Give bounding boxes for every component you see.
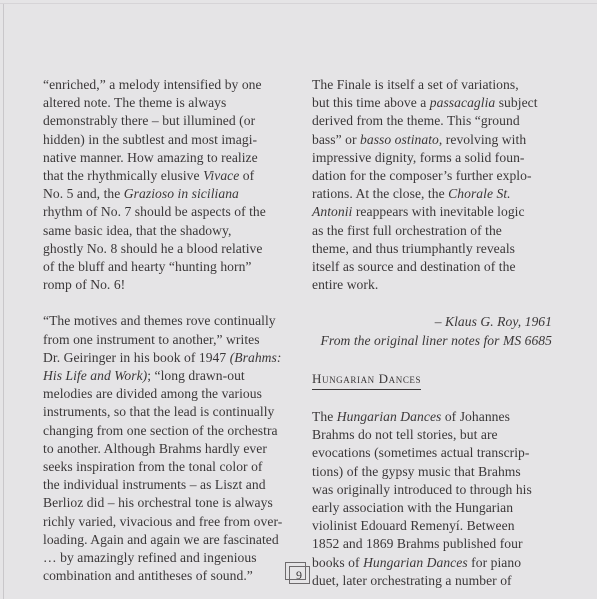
text-line: duet, later orchestrating a number of (312, 572, 574, 590)
text-line: itself as source and destination of the (312, 258, 574, 276)
page-number: 9 (296, 568, 302, 582)
paragraph-variations-ideas: “enriched,” a melody intensified by onea… (43, 76, 305, 294)
text-line: richly varied, vivacious and free from o… (43, 513, 305, 531)
text-line: melodies are divided among the various (43, 385, 305, 403)
right-column: The Finale is itself a set of variations… (312, 76, 574, 590)
text-line: … by amazingly refined and ingenious (43, 549, 305, 567)
text-line: demonstrably there – but illumined (or (43, 112, 305, 130)
text-line: No. 5 and, the Grazioso in siciliana (43, 185, 305, 203)
section-heading-hungarian-dances: Hungarian Dances (312, 370, 421, 390)
text-line: The Finale is itself a set of variations… (312, 76, 574, 94)
text-line: bass” or basso ostinato, revolving with (312, 131, 574, 149)
text-line: Antonii reappears with inevitable logic (312, 203, 574, 221)
paragraph-finale: The Finale is itself a set of variations… (312, 76, 574, 294)
booklet-page: “enriched,” a melody intensified by onea… (0, 0, 597, 599)
page-edge-left (3, 4, 4, 599)
paragraph-geiringer-quote: “The motives and themes rove continually… (43, 312, 305, 585)
text-line: rhythm of No. 7 should be aspects of the (43, 203, 305, 221)
text-line: seeks inspiration from the tonal color o… (43, 458, 305, 476)
text-line: impressive dignity, forms a solid foun- (312, 149, 574, 167)
text-line: rations. At the close, the Chorale St. (312, 185, 574, 203)
text-line: “The motives and themes rove continually (43, 312, 305, 330)
attribution-author: – Klaus G. Roy, 1961 (312, 313, 552, 331)
text-line: evocations (sometimes actual transcrip- (312, 444, 574, 462)
text-line: hidden) in the subtlest and most imagi- (43, 131, 305, 149)
text-line: entire work. (312, 276, 574, 294)
text-line: dation for the composer’s further explo- (312, 167, 574, 185)
text-line: The Hungarian Dances of Johannes (312, 408, 574, 426)
attribution-source: From the original liner notes for MS 668… (312, 332, 552, 350)
text-line: Berlioz did – his orchestral tone is alw… (43, 494, 305, 512)
attribution: – Klaus G. Roy, 1961 From the original l… (312, 313, 552, 349)
text-line: same basic idea, that the shadowy, (43, 222, 305, 240)
text-line: ghostly No. 8 should he a blood relative (43, 240, 305, 258)
text-line: to another. Although Brahms hardly ever (43, 440, 305, 458)
text-line: romp of No. 6! (43, 276, 305, 294)
text-line: altered note. The theme is always (43, 94, 305, 112)
text-line: changing from one section of the orchest… (43, 422, 305, 440)
text-line: from one instrument to another,” writes (43, 331, 305, 349)
text-line: loading. Again and again we are fascinat… (43, 531, 305, 549)
text-line: native manner. How amazing to realize (43, 149, 305, 167)
paragraph-hungarian-dances: The Hungarian Dances of JohannesBrahms d… (312, 408, 574, 590)
text-line: “enriched,” a melody intensified by one (43, 76, 305, 94)
left-column: “enriched,” a melody intensified by onea… (43, 76, 305, 585)
text-line: His Life and Work); “long drawn-out (43, 367, 305, 385)
text-line: the individual instruments – as Liszt an… (43, 476, 305, 494)
text-line: books of Hungarian Dances for piano (312, 554, 574, 572)
text-line: of the bluff and hearty “hunting horn” (43, 258, 305, 276)
text-line: derived from the theme. This “ground (312, 112, 574, 130)
text-line: theme, and thus triumphantly reveals (312, 240, 574, 258)
text-line: tions) of the gypsy music that Brahms (312, 463, 574, 481)
text-line: was originally introduced to through his (312, 481, 574, 499)
page-edge-top (0, 3, 597, 4)
text-line: as the first full orchestration of the (312, 222, 574, 240)
text-line: combination and antitheses of sound.” (43, 567, 305, 585)
text-line: Dr. Geiringer in his book of 1947 (Brahm… (43, 349, 305, 367)
text-line: instruments, so that the lead is continu… (43, 403, 305, 421)
page-number-box: 9 (285, 562, 311, 584)
text-line: violinist Edouard Remenyí. Between (312, 517, 574, 535)
text-line: but this time above a passacaglia subjec… (312, 94, 574, 112)
text-line: early association with the Hungarian (312, 499, 574, 517)
text-line: that the rhythmically elusive Vivace of (43, 167, 305, 185)
text-line: 1852 and 1869 Brahms published four (312, 535, 574, 553)
text-line: Brahms do not tell stories, but are (312, 426, 574, 444)
